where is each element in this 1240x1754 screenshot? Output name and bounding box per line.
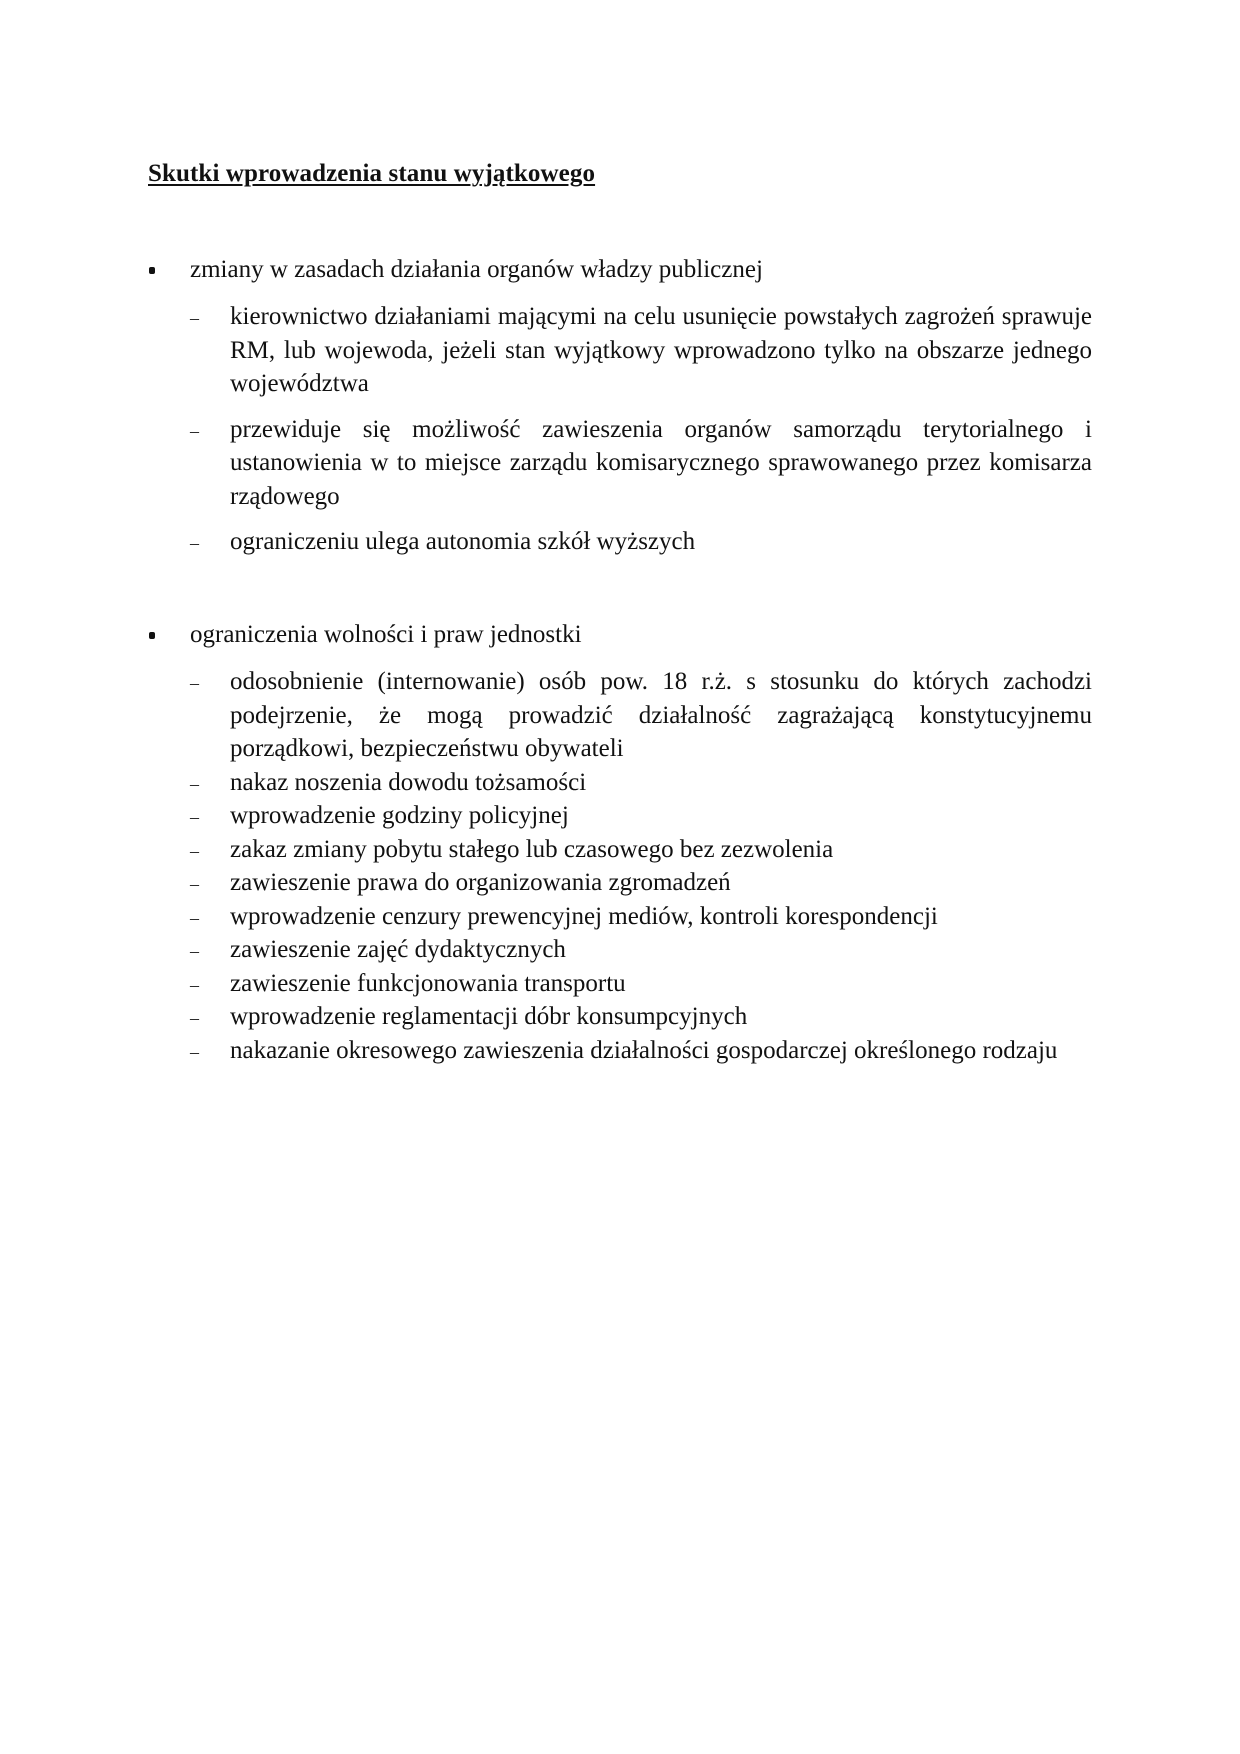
dash-icon: – xyxy=(190,1000,199,1036)
bullet-dot-icon xyxy=(149,632,155,639)
list-item-text: odosobnienie (internowanie) osób pow. 18… xyxy=(230,668,1092,762)
dash-icon: – xyxy=(190,866,199,902)
list-item: – zawieszenie prawa do organizowania zgr… xyxy=(148,866,1092,900)
dash-icon: – xyxy=(190,766,199,802)
list-item: – wprowadzenie godziny policyjnej xyxy=(148,799,1092,833)
list-item: – nakaz noszenia dowodu tożsamości xyxy=(148,766,1092,800)
list-item: – ograniczeniu ulega autonomia szkół wyż… xyxy=(148,525,1092,559)
list-item-text: zawieszenie zajęć dydaktycznych xyxy=(230,936,566,963)
list-item: – przewiduje się możliwość zawieszenia o… xyxy=(148,413,1092,514)
list-item-text: wprowadzenie godziny policyjnej xyxy=(230,802,569,829)
list-item-text: nakazanie okresowego zawieszenia działal… xyxy=(230,1037,1057,1064)
sub-list: – kierownictwo działaniami mającymi na c… xyxy=(148,300,1092,559)
list-item-text: zakaz zmiany pobytu stałego lub czasoweg… xyxy=(230,836,833,863)
list-item-text: kierownictwo działaniami mającymi na cel… xyxy=(230,303,1092,397)
list-item: – wprowadzenie reglamentacji dóbr konsum… xyxy=(148,1000,1092,1034)
list-item-text: przewiduje się możliwość zawieszenia org… xyxy=(230,416,1092,510)
section-organy-wladzy: zmiany w zasadach działania organów wład… xyxy=(148,254,1092,559)
section-wolnosci-jednostki: ograniczenia wolności i praw jednostki –… xyxy=(148,619,1092,1067)
dash-icon: – xyxy=(190,799,199,835)
bullet-heading: zmiany w zasadach działania organów wład… xyxy=(190,256,763,283)
list-item-text: zawieszenie prawa do organizowania zgrom… xyxy=(230,869,731,896)
document-page: Skutki wprowadzenia stanu wyjątkowego zm… xyxy=(0,0,1240,1754)
list-item: – zakaz zmiany pobytu stałego lub czasow… xyxy=(148,833,1092,867)
sub-list: – odosobnienie (internowanie) osób pow. … xyxy=(148,665,1092,1067)
list-item: – nakazanie okresowego zawieszenia dział… xyxy=(148,1034,1092,1068)
list-item-text: wprowadzenie cenzury prewencyjnej mediów… xyxy=(230,903,938,930)
list-item-text: nakaz noszenia dowodu tożsamości xyxy=(230,769,586,796)
dash-icon: – xyxy=(190,933,199,969)
bullet-item: ograniczenia wolności i praw jednostki xyxy=(148,619,1092,651)
dash-icon: – xyxy=(190,300,199,336)
dash-icon: – xyxy=(190,413,199,449)
list-item-text: wprowadzenie reglamentacji dóbr konsumpc… xyxy=(230,1003,747,1030)
dash-icon: – xyxy=(190,967,199,1003)
list-item: – zawieszenie zajęć dydaktycznych xyxy=(148,933,1092,967)
dash-icon: – xyxy=(190,665,199,701)
list-item-text: zawieszenie funkcjonowania transportu xyxy=(230,970,626,997)
list-item: – zawieszenie funkcjonowania transportu xyxy=(148,967,1092,1001)
list-item: – odosobnienie (internowanie) osób pow. … xyxy=(148,665,1092,766)
list-item: – kierownictwo działaniami mającymi na c… xyxy=(148,300,1092,401)
dash-icon: – xyxy=(190,525,199,561)
bullet-dot-icon xyxy=(149,267,155,274)
bullet-heading: ograniczenia wolności i praw jednostki xyxy=(190,621,582,648)
dash-icon: – xyxy=(190,1034,199,1070)
list-item-text: ograniczeniu ulega autonomia szkół wyższ… xyxy=(230,528,695,555)
dash-icon: – xyxy=(190,900,199,936)
page-title: Skutki wprowadzenia stanu wyjątkowego xyxy=(148,160,595,188)
bullet-item: zmiany w zasadach działania organów wład… xyxy=(148,254,1092,286)
list-item: – wprowadzenie cenzury prewencyjnej medi… xyxy=(148,900,1092,934)
dash-icon: – xyxy=(190,833,199,869)
